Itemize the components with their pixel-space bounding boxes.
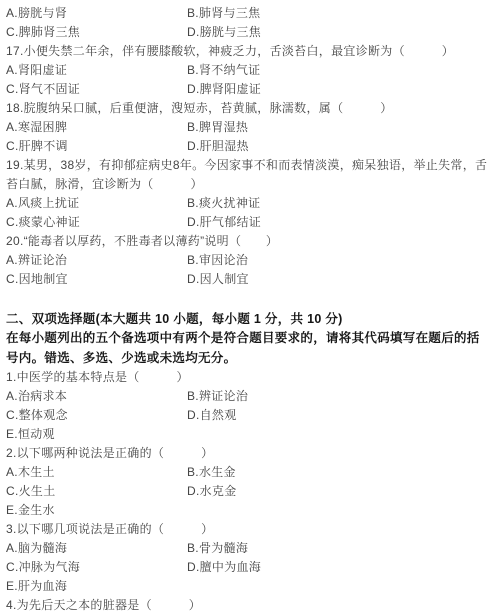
option-pair-row: C.脾肺肾三焦D.膀胱与三焦 (6, 23, 491, 42)
option-pair-row: C.肝脾不调D.肝胆湿热 (6, 137, 491, 156)
option-pair-row: C.冲脉为气海D.膻中为血海 (6, 558, 491, 577)
option-left: A.治病求本 (6, 387, 187, 406)
option-pair-row: A.寒湿困脾B.脾胃湿热 (6, 118, 491, 137)
option-pair-row: A.风痰上扰证B.痰火扰神证 (6, 194, 491, 213)
option-right: D.肝胆湿热 (187, 137, 249, 156)
option-pair-row: A.辨证论治B.审因论治 (6, 251, 491, 270)
option-right: D.因人制宜 (187, 270, 249, 289)
option-left: C.火生土 (6, 482, 187, 501)
option-right: B.辨证论治 (187, 387, 248, 406)
option-pair-row: C.火生土D.水克金 (6, 482, 491, 501)
option-right: B.骨为髓海 (187, 539, 248, 558)
option-right: D.膀胱与三焦 (187, 23, 261, 42)
question-stem: 17.小便失禁二年余，伴有腰膝酸软，神疲乏力，舌淡苔白，最宜诊断为（ ） (6, 42, 491, 61)
option-pair-row: A.膀胱与肾B.肺肾与三焦 (6, 4, 491, 23)
question-stem: 2.以下哪两种说法是正确的（ ） (6, 444, 491, 463)
option-pair-row: A.脑为髓海B.骨为髓海 (6, 539, 491, 558)
option-pair-row: C.整体观念D.自然观 (6, 406, 491, 425)
option-right: B.审因论治 (187, 251, 248, 270)
option-left: A.膀胱与肾 (6, 4, 187, 23)
option-single: E.肝为血海 (6, 577, 491, 596)
option-left: A.肾阳虚证 (6, 61, 187, 80)
question-stem: 18.脘腹纳呆口腻，后重便溏，溲短赤，苔黄腻，脉濡数，属（ ） (6, 99, 491, 118)
option-left: A.寒湿困脾 (6, 118, 187, 137)
option-single: E.金生水 (6, 501, 491, 520)
option-right: D.肝气郁结证 (187, 213, 261, 232)
question-stem: 19.某男，38岁，有抑郁症病史8年。今因家事不和而表情淡漠，痴呆独语，举止失常… (6, 156, 491, 194)
option-pair-row: A.治病求本B.辨证论治 (6, 387, 491, 406)
option-single: E.恒动观 (6, 425, 491, 444)
option-right: D.膻中为血海 (187, 558, 261, 577)
option-right: D.水克金 (187, 482, 237, 501)
option-left: C.肾气不固证 (6, 80, 187, 99)
option-left: C.因地制宜 (6, 270, 187, 289)
exam-page: A.膀胱与肾B.肺肾与三焦C.脾肺肾三焦D.膀胱与三焦17.小便失禁二年余，伴有… (0, 0, 499, 615)
question-stem: 4.为先后天之本的脏器是（ ） (6, 596, 491, 615)
option-left: C.脾肺肾三焦 (6, 23, 187, 42)
option-pair-row: C.痰蒙心神证D.肝气郁结证 (6, 213, 491, 232)
option-left: A.脑为髓海 (6, 539, 187, 558)
exam-content: A.膀胱与肾B.肺肾与三焦C.脾肺肾三焦D.膀胱与三焦17.小便失禁二年余，伴有… (6, 4, 491, 615)
option-pair-row: A.木生土B.水生金 (6, 463, 491, 482)
section-heading: 二、双项选择题(本大题共 10 小题，每小题 1 分，共 10 分) (6, 310, 491, 329)
option-right: B.水生金 (187, 463, 236, 482)
option-right: B.脾胃湿热 (187, 118, 248, 137)
question-stem: 3.以下哪几项说法是正确的（ ） (6, 520, 491, 539)
question-stem: 1.中医学的基本特点是（ ） (6, 368, 491, 387)
option-pair-row: A.肾阳虚证B.肾不纳气证 (6, 61, 491, 80)
option-pair-row: C.因地制宜D.因人制宜 (6, 270, 491, 289)
option-right: B.肺肾与三焦 (187, 4, 260, 23)
option-left: C.冲脉为气海 (6, 558, 187, 577)
option-right: B.痰火扰神证 (187, 194, 260, 213)
option-left: C.痰蒙心神证 (6, 213, 187, 232)
option-left: A.木生土 (6, 463, 187, 482)
option-right: D.脾肾阳虚证 (187, 80, 261, 99)
option-pair-row: C.肾气不固证D.脾肾阳虚证 (6, 80, 491, 99)
section-instructions: 在每小题列出的五个备选项中有两个是符合题目要求的，请将其代码填写在题后的括号内。… (6, 329, 491, 368)
option-right: B.肾不纳气证 (187, 61, 260, 80)
option-left: A.辨证论治 (6, 251, 187, 270)
option-left: A.风痰上扰证 (6, 194, 187, 213)
option-left: C.肝脾不调 (6, 137, 187, 156)
question-stem: 20.“能毒者以厚药，不胜毒者以薄药”说明（ ） (6, 232, 491, 251)
option-left: C.整体观念 (6, 406, 187, 425)
option-right: D.自然观 (187, 406, 237, 425)
